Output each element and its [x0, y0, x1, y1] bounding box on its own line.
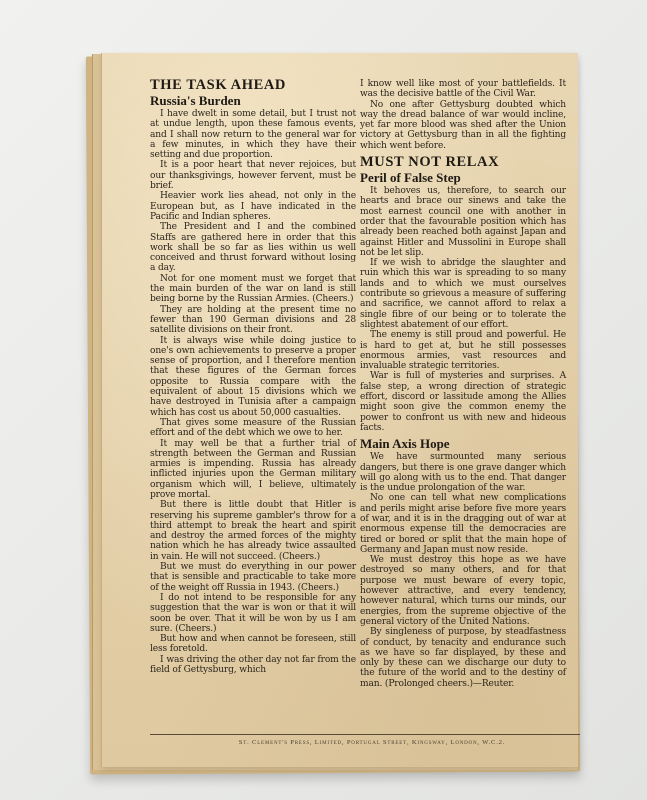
paragraph: It is always wise while doing justice to…: [150, 336, 356, 418]
section-subtitle-russias-burden: Russia's Burden: [150, 93, 356, 108]
section-subtitle-peril-of-false-step: Peril of False Step: [360, 170, 566, 185]
paragraph: But we must do everything in our power t…: [150, 562, 356, 593]
paragraph: We must destroy this hope as we have des…: [360, 555, 566, 627]
paragraph: If we wish to abridge the slaughter and …: [360, 258, 566, 330]
paragraph: But how and when cannot be foreseen, sti…: [150, 634, 356, 655]
paragraph: I have dwelt in some detail, but I trust…: [150, 109, 356, 160]
paragraph: They are holding at the present time no …: [150, 305, 356, 336]
newspaper-page: THE TASK AHEAD Russia's Burden I have dw…: [102, 53, 578, 767]
paragraph: The President and I and the combined Sta…: [150, 222, 356, 273]
left-column: THE TASK AHEAD Russia's Burden I have dw…: [150, 78, 356, 675]
paragraph: It behoves us, therefore, to search our …: [360, 186, 566, 258]
printer-imprint: St. Clement's Press, Limited, Portugal S…: [162, 739, 582, 746]
paragraph: War is full of mysteries and surprises. …: [360, 371, 566, 433]
footer-divider: [150, 734, 580, 735]
right-column: I know well like most of your battlefiel…: [360, 79, 566, 689]
paragraph: That gives some measure of the Russian e…: [150, 418, 356, 439]
paragraph: By singleness of purpose, by steadfastne…: [360, 627, 566, 689]
paragraph: Not for one moment must we forget that t…: [150, 274, 356, 305]
paragraph: No one after Gettysburg doubted which wa…: [360, 100, 566, 151]
paragraph: No one can tell what new complications a…: [360, 493, 566, 555]
paragraph: We have surmounted many serious dangers,…: [360, 452, 566, 493]
paragraph: I was driving the other day not far from…: [150, 655, 356, 676]
paragraph: It may well be that a further trial of s…: [150, 439, 356, 501]
section-subtitle-main-axis-hope: Main Axis Hope: [360, 436, 566, 451]
paragraph-continuation: I know well like most of your battlefiel…: [360, 79, 566, 100]
paragraph: I do not intend to be responsible for an…: [150, 593, 356, 634]
paragraph: The enemy is still proud and powerful. H…: [360, 330, 566, 371]
section-title-must-not-relax: MUST NOT RELAX: [360, 155, 566, 170]
paragraph: It is a poor heart that never rejoices, …: [150, 160, 356, 191]
paragraph: But there is little doubt that Hitler is…: [150, 500, 356, 562]
paragraph: Heavier work lies ahead, not only in the…: [150, 191, 356, 222]
article-title: THE TASK AHEAD: [150, 78, 356, 93]
